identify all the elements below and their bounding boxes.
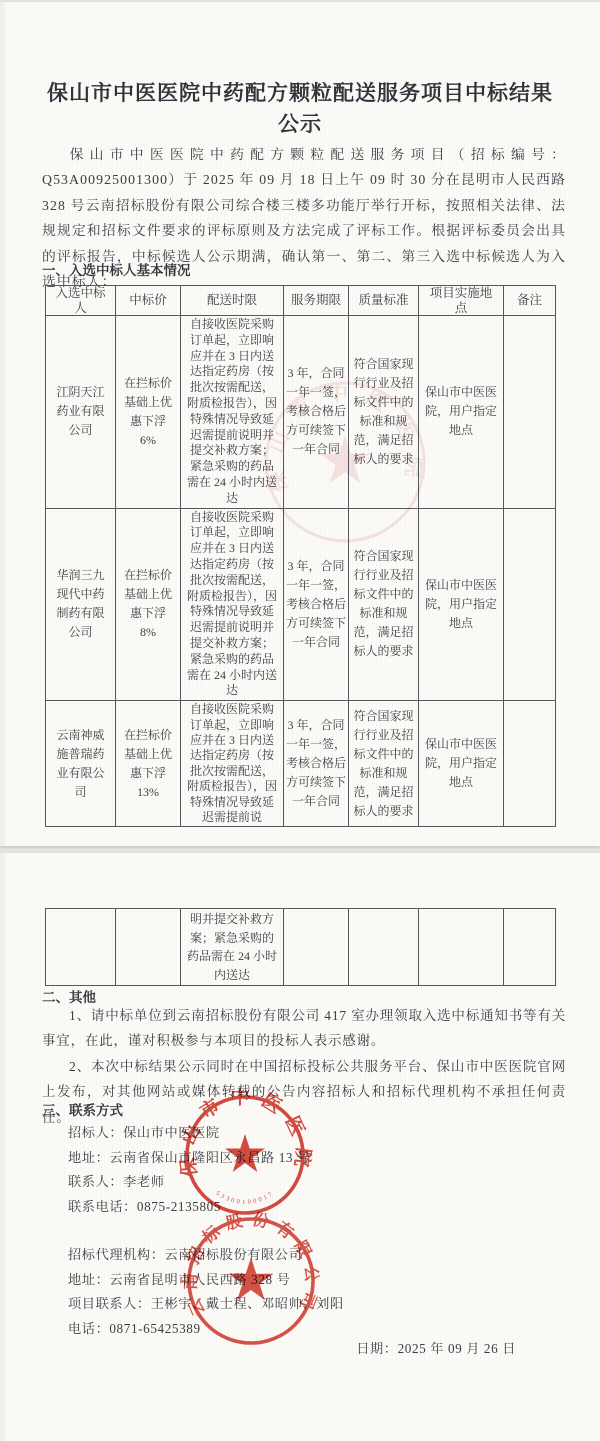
section-1-heading: 一、入选中标人基本情况 bbox=[42, 261, 191, 281]
col-header-quality: 质量标准 bbox=[349, 286, 419, 316]
col-header-delivery: 配送时限 bbox=[181, 286, 284, 316]
cell-note bbox=[504, 316, 556, 509]
winners-table: 入选中标人 中标价 配送时限 服务期限 质量标准 项目实施地点 备注 江阴天江药… bbox=[45, 285, 556, 827]
cell-company: 云南神威施普瑞药业有限公司 bbox=[46, 701, 116, 827]
document-title: 保山市中医医院中药配方颗粒配送服务项目中标结果公示 bbox=[38, 78, 562, 140]
col-header-location: 项目实施地点 bbox=[419, 286, 504, 316]
cell-empty bbox=[419, 909, 504, 986]
cell-empty bbox=[116, 909, 181, 986]
cell-price: 在拦标价基础上优惠下浮 13% bbox=[116, 701, 181, 827]
date-line: 日期：2025 年 09 月 26 日 bbox=[356, 1339, 516, 1359]
cell-note bbox=[504, 508, 556, 701]
cell-delivery-continued: 明并提交补救方案；紧急采购的药品需在 24 小时内送达 bbox=[181, 909, 284, 986]
cell-location: 保山市中医医院，用户指定地点 bbox=[419, 316, 504, 509]
other-item-1: 1、请中标单位到云南招标股份有限公司 417 室办理领取入选中标通知书等有关事宜… bbox=[42, 1003, 566, 1054]
table-header-row: 入选中标人 中标价 配送时限 服务期限 质量标准 项目实施地点 备注 bbox=[46, 286, 556, 316]
cell-empty bbox=[284, 909, 349, 986]
cell-empty bbox=[46, 909, 116, 986]
cell-company: 江阴天江药业有限公司 bbox=[46, 316, 116, 509]
col-header-term: 服务期限 bbox=[284, 286, 349, 316]
agency-round-seal: 云南招标股份有限公司 bbox=[176, 1206, 326, 1356]
cell-term: 3 年，合同一年一签，考核合格后方可续签下一年合同 bbox=[284, 701, 349, 827]
cell-location: 保山市中医医院，用户指定地点 bbox=[419, 508, 504, 701]
col-header-price: 中标价 bbox=[116, 286, 181, 316]
table-row-continuation: 明并提交补救方案；紧急采购的药品需在 24 小时内送达 bbox=[46, 909, 556, 986]
cell-empty bbox=[504, 909, 556, 986]
cell-company: 华润三九现代中药制药有限公司 bbox=[46, 508, 116, 701]
cell-price: 在拦标价基础上优惠下浮 8% bbox=[116, 508, 181, 701]
col-header-winner: 入选中标人 bbox=[46, 286, 116, 316]
cell-price: 在拦标价基础上优惠下浮 6% bbox=[116, 316, 181, 509]
hospital-round-seal: 保山市中医医院 53300100017 bbox=[175, 1085, 315, 1225]
seal-star-icon bbox=[229, 1257, 274, 1300]
cell-empty bbox=[349, 909, 419, 986]
cell-location: 保山市中医医院，用户指定地点 bbox=[419, 701, 504, 827]
svg-text:53300100017: 53300100017 bbox=[214, 1190, 275, 1206]
cell-delivery: 自接收医院采购订单起，立即响应并在 3 日内送达指定药房（按批次按需配送，附质检… bbox=[181, 701, 284, 827]
scanned-announcement-document: { "doc": { "title": "保山市中医医院中药配方颗粒配送服务项目… bbox=[0, 0, 600, 1441]
col-header-note: 备注 bbox=[504, 286, 556, 316]
seal-star-icon bbox=[225, 1134, 265, 1172]
table-row: 云南神威施普瑞药业有限公司 在拦标价基础上优惠下浮 13% 自接收医院采购订单起… bbox=[46, 701, 556, 827]
cell-note bbox=[504, 701, 556, 827]
faint-round-seal: 保山市中医医院 bbox=[260, 377, 430, 547]
svg-text:保山市中医医院: 保山市中医医院 bbox=[175, 1085, 315, 1178]
cell-quality: 符合国家现行行业及招标文件中的标准和规范，满足招标人的要求 bbox=[349, 701, 419, 827]
section-3-heading: 三、联系方式 bbox=[42, 1101, 123, 1121]
seal-star-icon bbox=[320, 436, 370, 484]
winners-table-continuation: 明并提交补救方案；紧急采购的药品需在 24 小时内送达 bbox=[45, 908, 556, 986]
document-page-1: 保山市中医医院中药配方颗粒配送服务项目中标结果公示 保山市中医医院中药配方颗粒配… bbox=[0, 2, 600, 846]
